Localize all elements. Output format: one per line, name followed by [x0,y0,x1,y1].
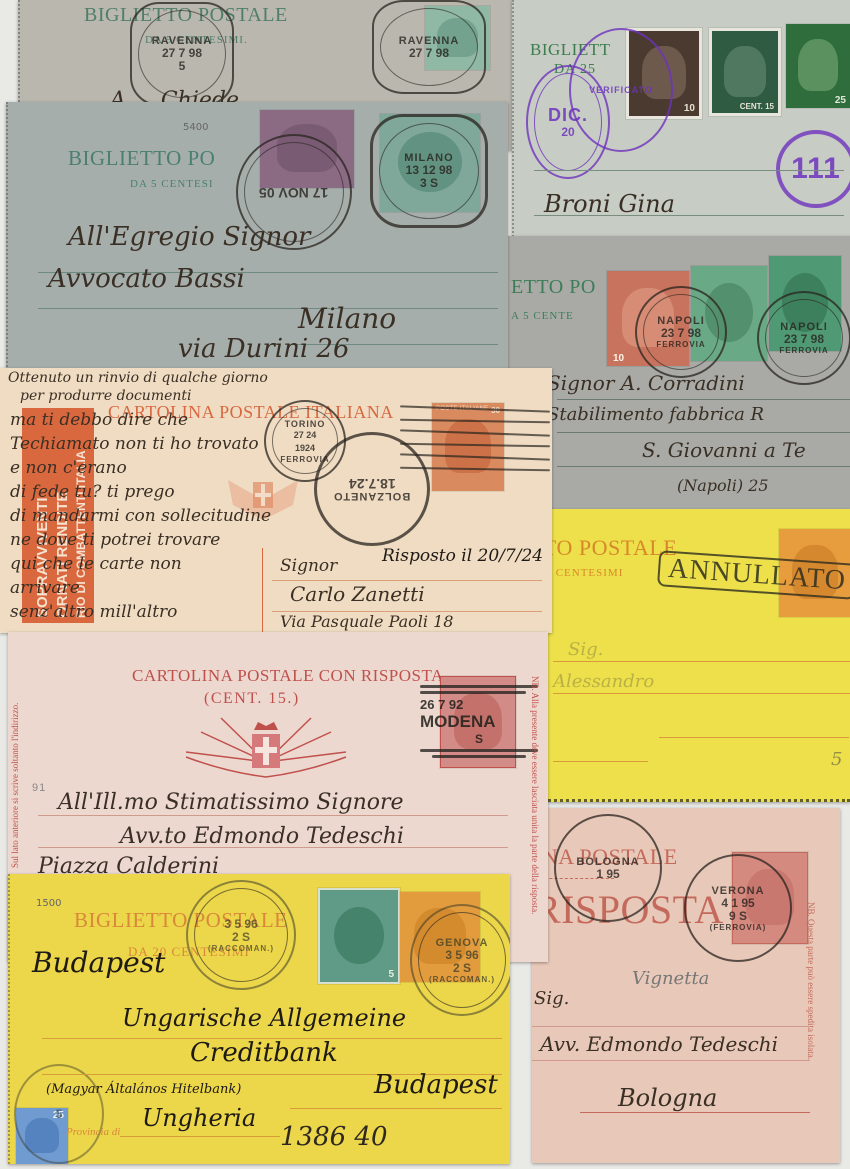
card-subtitle: (CENT. 15.) [204,690,300,708]
handwriting: Techiamato non ti ho trovato [10,434,259,454]
pencil-note: 5400 [183,122,208,133]
postmark-bolzaneto: 18.7.24 BOLZANETO [314,432,430,546]
coat-of-arms-icon [334,907,384,964]
province-label: Provincia di [66,1126,120,1138]
handwriting: Budapest [32,946,165,979]
handwriting: (Magyar Általános Hitelbank) [46,1082,241,1097]
handwriting: Signor A. Corradini [547,371,745,395]
stamp-printed-indicium: POSTE ITALIANE 30 [432,403,504,491]
handwriting: Sig. [534,988,569,1009]
card-cartolina-italiana: SOPRAVVIVENTI ORNATI RENDITE RIO DI COMB… [0,368,552,633]
stamp-5-cent: 5 [318,888,400,984]
handwriting: Ungheria [142,1104,256,1132]
handwriting: qui che le carte non [10,554,182,574]
handwriting: Risposto il 20/7/24 [382,546,543,566]
portrait-icon [724,46,766,97]
handwriting: Alessandro [553,671,654,692]
portrait-icon [798,39,839,91]
handwriting: di fede tu? ti prego [10,482,175,502]
handwriting: Sig. [568,639,603,660]
handwriting: Avvocato Bassi [48,264,245,294]
verification-postmark: VERIFICATO [569,28,673,152]
postmark: NAPOLI 23 7 98 FERROVIA [635,286,727,378]
vertical-note-right: NB. Alla presente deve essere lasciata u… [530,676,540,914]
handwriting: Milano [298,302,396,335]
handwriting: Stabilimento fabbrica R [547,404,764,425]
card-biglietto-napoli: ETTO PO A 5 CENTE 10 NAPOLI 23 7 98 FERR… [505,236,850,511]
card-subtitle: A 5 CENTE [511,310,574,322]
handwriting: senz'altro mill'altro [10,602,177,622]
stamp-15-cent: CENT. 15 [709,28,781,116]
card-biglietto-annullato: TO POSTALE O CENTESIMI ANNULLATO Sig. Al… [543,509,850,802]
handwriting: All'Egregio Signor [68,222,310,252]
postmark-genova-raccomandata: 3 5 96 2 S (RACCOMAN.) [186,880,296,990]
handwriting: ma ti debbo dire che [10,410,188,430]
card-biglietto-broni: BIGLIETT DA 25 10 CENT. 15 25 DIC. 20 VE… [512,0,850,245]
handwriting: via Durini 26 [178,334,350,364]
handwriting: Signor [280,556,337,576]
pencil-note: Vignetta [632,968,709,989]
handwriting: Ungarische Allgemeine [122,1004,406,1032]
handwriting: e non c'erano [10,458,127,478]
handwriting: 1386 40 [280,1122,388,1152]
card-title: ETTO PO [511,276,596,299]
card-title: TO POSTALE [543,535,677,561]
card-subtitle: DA 5 CENTESI [130,178,214,190]
postmark-verona: VERONA 4 1 95 9 S (FERROVIA) [684,854,792,962]
handwriting: (Napoli) 25 [677,476,769,495]
handwriting: Budapest [374,1070,498,1100]
card-biglietto-budapest: 1500 BIGLIETTO POSTALE DA 20 CENTESIMI 5… [8,874,510,1164]
handwriting: arrivare [10,578,80,598]
handwriting: Avv. Edmondo Tedeschi [540,1032,778,1056]
card-biglietto-milano: 5400 BIGLIETTO PO DA 5 CENTESI 17 NOV 05… [6,102,508,370]
handwriting: All'Ill.mo Stimatissimo Signore [58,790,404,815]
card-title: CARTOLINA POSTALE CON RISPOSTA [132,666,444,686]
handwriting: Via Pasquale Paoli 18 [280,612,453,631]
handwriting: di mandarmi con sollecitudine [10,506,271,526]
card-number: 91 [32,782,46,794]
handwriting: Carlo Zanetti [290,582,425,606]
postmark: RAVENNA 27 7 98 [372,0,486,94]
handwriting: per produrre documenti [20,388,192,404]
postmark-modena: 26 7 92 MODENA S [420,682,538,761]
card-subtitle: O CENTESIMI [543,567,623,579]
vertical-note-left: Sul lato anteriore si scrive soltanto l'… [10,703,20,868]
handwriting: ne dove ti potrei trovare [10,530,220,550]
censor-mark: 111 [776,130,850,208]
postmark-genova-raccomandata: GENOVA 3 5 96 2 S (RACCOMAN.) [410,904,510,1016]
card-title: BIGLIETTO PO [68,146,215,171]
pencil-note: 1500 [36,898,61,909]
postmark: NAPOLI 23 7 98 FERROVIA [757,291,850,385]
handwriting: Avv.to Edmondo Tedeschi [120,824,404,849]
stamp-25-cent: 25 [786,24,850,108]
vertical-note: NB. Questa parte può essere spedita isol… [806,902,816,1060]
handwriting: Broni Gina [544,190,675,218]
handwriting: Ottenuto un rinvio di qualche giorno [8,370,268,386]
handwriting: 5 [831,749,842,770]
handwriting: S. Giovanni a Te [642,438,806,462]
card-cartolina-risposta-verona: INA POSTALE RISPOSTA NB. Questa parte pu… [532,808,840,1163]
postmark-bologna: BOLOGNA 1 95 [554,814,662,922]
postmark: 5 [14,1064,104,1164]
coat-of-arms-with-flags-icon [166,712,366,792]
postmark: MILANO 13 12 98 3 S [370,114,488,228]
handwriting: Creditbank [190,1038,338,1068]
handwriting: Bologna [618,1084,717,1112]
